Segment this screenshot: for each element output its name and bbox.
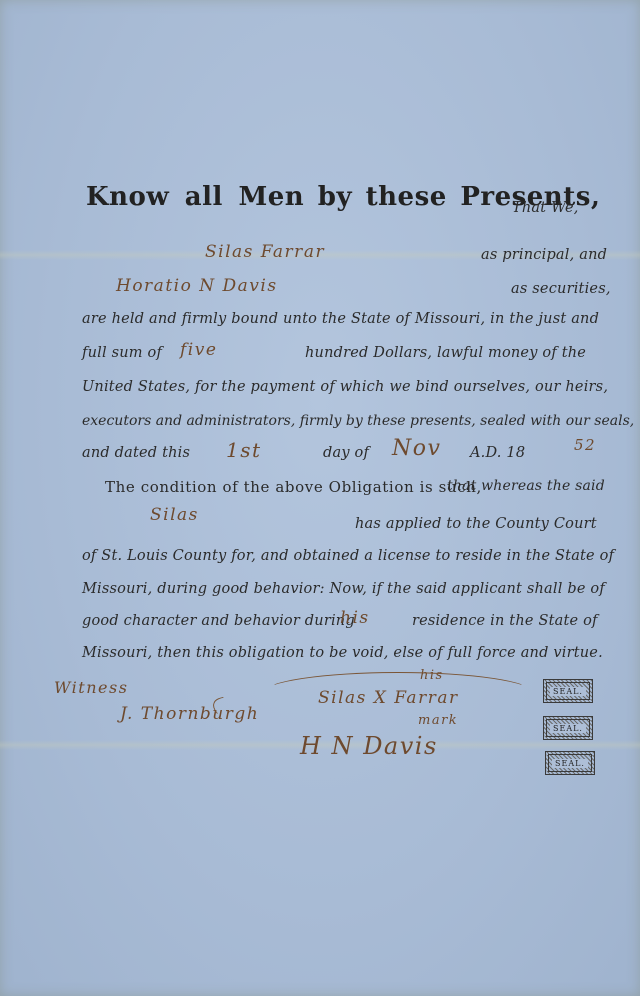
heading-word: by xyxy=(318,182,352,212)
bond-year: 52 xyxy=(574,436,596,454)
principal-name: Silas Farrar xyxy=(205,242,325,262)
applicant-name: Silas xyxy=(150,505,199,525)
applicant-pronoun: his xyxy=(340,608,370,628)
security-name: Horatio N Davis xyxy=(116,276,278,296)
heading-word: Men xyxy=(238,182,304,212)
bond-text-line: of St. Louis County for, and obtained a … xyxy=(82,548,614,564)
bond-amount: five xyxy=(180,340,217,360)
condition-text: The condition of the above Obligation is… xyxy=(105,478,482,496)
bond-text-line: day of xyxy=(323,445,369,461)
heading-lead: That We, xyxy=(512,200,579,216)
seal: SEAL. xyxy=(543,716,593,740)
heading-word: all xyxy=(185,182,223,212)
bond-day: 1st xyxy=(226,438,262,462)
condition-text: that whereas the said xyxy=(447,478,605,494)
principal-suffix: as principal, and xyxy=(481,247,607,263)
bond-text-line: United States, for the payment of which … xyxy=(82,379,608,395)
bond-text-line: and dated this xyxy=(82,445,190,461)
document-page: Know all Men by these Presents, That We,… xyxy=(0,0,640,996)
signature-flourish xyxy=(262,672,534,714)
bond-text-line: executors and administrators, firmly by … xyxy=(82,413,634,429)
mark-label-mark: mark xyxy=(418,713,458,728)
heading-word: Know xyxy=(86,182,169,212)
bond-text-line: has applied to the County Court xyxy=(355,516,597,532)
bond-text-line: full sum of xyxy=(82,345,162,361)
bond-month: Nov xyxy=(392,436,441,461)
bond-text-line: A.D. 18 xyxy=(470,445,525,461)
security-suffix: as securities, xyxy=(511,281,611,297)
heading-word: these xyxy=(366,182,447,212)
bond-text-line: good character and behavior during xyxy=(82,613,355,629)
bond-text-line: Missouri, then this obligation to be voi… xyxy=(82,645,603,661)
bond-text-line: hundred Dollars, lawful money of the xyxy=(305,345,586,361)
bond-text-line: residence in the State of xyxy=(412,613,598,629)
bond-text-line: are held and firmly bound unto the State… xyxy=(82,311,599,327)
bond-text-line: Missouri, during good behavior: Now, if … xyxy=(82,581,605,597)
seal: SEAL. xyxy=(545,751,595,775)
security-signature: H N Davis xyxy=(300,732,438,760)
witness-label: Witness xyxy=(54,678,128,697)
seal: SEAL. xyxy=(543,679,593,703)
